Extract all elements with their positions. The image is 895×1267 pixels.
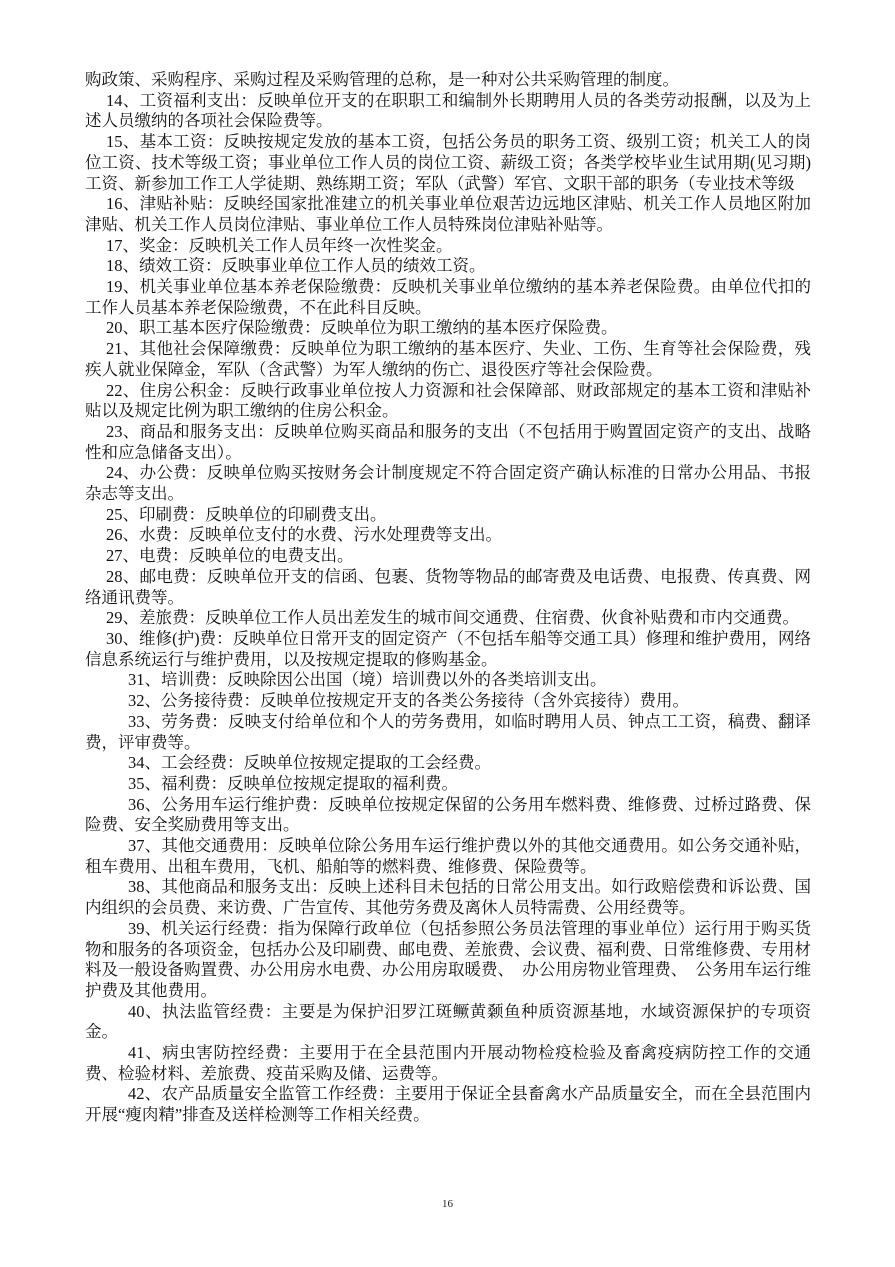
- paragraph: 25、印刷费：反映单位的印刷费支出。: [85, 505, 811, 526]
- paragraph: 34、工会经费：反映单位按规定提取的工会经费。: [85, 753, 811, 774]
- paragraph: 购政策、采购程序、采购过程及采购管理的总称，是一种对公共采购管理的制度。: [85, 70, 811, 91]
- document-page: 购政策、采购程序、采购过程及采购管理的总称，是一种对公共采购管理的制度。14、工…: [0, 0, 895, 1267]
- document-body: 购政策、采购程序、采购过程及采购管理的总称，是一种对公共采购管理的制度。14、工…: [85, 70, 811, 1126]
- paragraph: 30、维修(护)费：反映单位日常开支的固定资产（不包括车船等交通工具）修理和维护…: [85, 629, 811, 670]
- paragraph: 40、执法监管经费：主要是为保护汨罗江斑鳜黄颡鱼种质资源基地，水域资源保护的专项…: [85, 1002, 811, 1043]
- paragraph: 17、奖金：反映机关工作人员年终一次性奖金。: [85, 236, 811, 257]
- paragraph: 37、其他交通费用：反映单位除公务用车运行维护费以外的其他交通费用。如公务交通补…: [85, 836, 811, 877]
- paragraph: 24、办公费：反映单位购买按财务会计制度规定不符合固定资产确认标准的日常办公用品…: [85, 463, 811, 504]
- paragraph: 18、绩效工资：反映事业单位工作人员的绩效工资。: [85, 256, 811, 277]
- paragraph: 29、差旅费：反映单位工作人员出差发生的城市间交通费、住宿费、伙食补贴费和市内交…: [85, 608, 811, 629]
- paragraph: 19、机关事业单位基本养老保险缴费：反映机关事业单位缴纳的基本养老保险费。由单位…: [85, 277, 811, 318]
- paragraph: 31、培训费：反映除因公出国（境）培训费以外的各类培训支出。: [85, 670, 811, 691]
- paragraph: 39、机关运行经费：指为保障行政单位（包括参照公务员法管理的事业单位）运行用于购…: [85, 919, 811, 1002]
- paragraph: 33、劳务费：反映支付给单位和个人的劳务费用，如临时聘用人员、钟点工工资，稿费、…: [85, 712, 811, 753]
- paragraph: 36、公务用车运行维护费：反映单位按规定保留的公务用车燃料费、维修费、过桥过路费…: [85, 795, 811, 836]
- paragraph: 38、其他商品和服务支出：反映上述科目未包括的日常公用支出。如行政赔偿费和诉讼费…: [85, 877, 811, 918]
- paragraph: 27、电费：反映单位的电费支出。: [85, 546, 811, 567]
- paragraph: 15、基本工资：反映按规定发放的基本工资，包括公务员的职务工资、级别工资；机关工…: [85, 132, 811, 194]
- paragraph: 32、公务接待费：反映单位按规定开支的各类公务接待（含外宾接待）费用。: [85, 691, 811, 712]
- paragraph: 26、水费：反映单位支付的水费、污水处理费等支出。: [85, 525, 811, 546]
- paragraph: 35、福利费：反映单位按规定提取的福利费。: [85, 774, 811, 795]
- paragraph: 42、农产品质量安全监管工作经费：主要用于保证全县畜禽水产品质量安全，而在全县范…: [85, 1084, 811, 1125]
- paragraph: 41、病虫害防控经费：主要用于在全县范围内开展动物检疫检验及畜禽疫病防控工作的交…: [85, 1043, 811, 1084]
- paragraph: 16、津贴补贴：反映经国家批准建立的机关事业单位艰苦边远地区津贴、机关工作人员地…: [85, 194, 811, 235]
- paragraph: 22、住房公积金：反映行政事业单位按人力资源和社会保障部、财政部规定的基本工资和…: [85, 381, 811, 422]
- paragraph: 21、其他社会保障缴费：反映单位为职工缴纳的基本医疗、失业、工伤、生育等社会保险…: [85, 339, 811, 380]
- paragraph: 28、邮电费：反映单位开支的信函、包裹、货物等物品的邮寄费及电话费、电报费、传真…: [85, 567, 811, 608]
- page-number: 16: [0, 1197, 895, 1211]
- paragraph: 23、商品和服务支出：反映单位购买商品和服务的支出（不包括用于购置固定资产的支出…: [85, 422, 811, 463]
- paragraph: 20、职工基本医疗保险缴费：反映单位为职工缴纳的基本医疗保险费。: [85, 318, 811, 339]
- paragraph: 14、工资福利支出：反映单位开支的在职职工和编制外长期聘用人员的各类劳动报酬，以…: [85, 91, 811, 132]
